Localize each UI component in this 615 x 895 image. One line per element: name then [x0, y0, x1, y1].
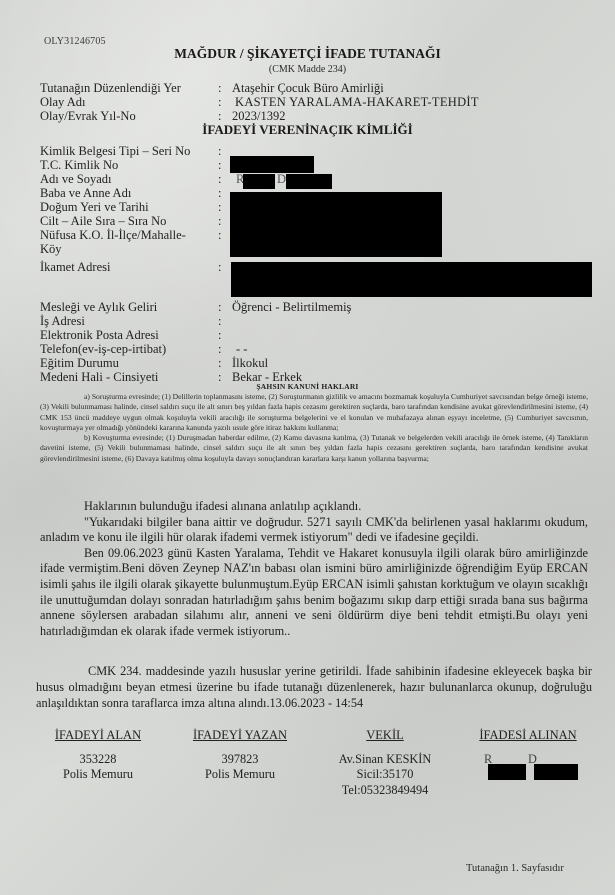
signature-line: Polis Memuru	[170, 767, 310, 783]
redaction-last-name	[286, 174, 332, 189]
signature-title: VEKİL	[315, 728, 455, 744]
closing-text: CMK 234. maddesinde yazılı hususlar yeri…	[36, 664, 592, 711]
field-value: Ataşehir Çocuk Büro Amirliği	[232, 81, 384, 95]
field-label: Doğum Yeri ve Tarihi	[40, 200, 149, 214]
field-label: Elektronik Posta Adresi	[40, 328, 159, 342]
field-value: - -	[236, 342, 247, 356]
field-value: Öğrenci - Belirtilmemiş	[232, 300, 351, 314]
document-title: MAĞDUR / ŞİKAYETÇİ İFADE TUTANAĞI	[0, 46, 615, 62]
name-initial-last: D	[277, 172, 286, 186]
signature-line: 397823	[170, 752, 310, 768]
field-label: Tutanağın Düzenlendiği Yer	[40, 81, 181, 95]
field-label: Mesleği ve Aylık Geliri	[40, 300, 157, 314]
field-colon: :	[218, 214, 221, 228]
field-colon: :	[218, 81, 221, 95]
field-colon: :	[218, 328, 221, 342]
document-subtitle: (CMK Madde 234)	[0, 64, 615, 75]
field-label: Nüfusa K.O. İl-İlçe/Mahalle-	[40, 228, 186, 242]
field-colon: :	[218, 342, 221, 356]
declaration: "Yukarıdaki bilgiler bana aittir ve doğr…	[40, 515, 588, 546]
field-label: Baba ve Anne Adı	[40, 186, 131, 200]
field-label: Telefon(ev-iş-cep-irtibat)	[40, 342, 166, 356]
signature-vekil: VEKİL Av.Sinan KESKİN Sicil:35170 Tel:05…	[315, 728, 455, 798]
redaction-address	[231, 262, 592, 297]
field-value: KASTEN YARALAMA-HAKARET-TEHDİT	[235, 95, 479, 109]
rights-text: a) Soruşturma evresinde; (1) Delillerin …	[40, 392, 588, 464]
field-colon: :	[218, 158, 221, 172]
field-label: Olay Adı	[40, 95, 85, 109]
field-label: Eğitim Durumu	[40, 356, 119, 370]
field-colon: :	[218, 186, 221, 200]
redaction-sig-first-name	[488, 764, 526, 780]
field-label: İş Adresi	[40, 314, 85, 328]
closing-block: CMK 234. maddesinde yazılı hususlar yeri…	[36, 664, 592, 711]
signature-ifadeyi-alan: İFADEYİ ALAN 353228 Polis Memuru	[28, 728, 168, 783]
signature-line: Polis Memuru	[28, 767, 168, 783]
rights-heading: ŞAHSIN KANUNİ HAKLARI	[0, 382, 615, 391]
rights-prosecution: b) Kovuşturma evresinde; (1) Duruşmadan …	[40, 433, 588, 464]
field-label: Köy	[40, 242, 62, 256]
field-value: 2023/1392	[232, 109, 285, 123]
field-label: İkamet Adresi	[40, 260, 110, 274]
statement: Ben 09.06.2023 günü Kasten Yaralama, Teh…	[40, 546, 588, 640]
signature-title: İFADESİ ALINAN	[458, 728, 598, 744]
field-label: Cilt – Aile Sıra – Sıra No	[40, 214, 166, 228]
redaction-sig-last-name	[534, 764, 578, 780]
redaction-tc-kimlik	[230, 156, 314, 173]
field-colon: :	[218, 228, 221, 242]
field-colon: :	[218, 300, 221, 314]
redaction-personal-details	[230, 192, 442, 257]
field-label: Adı ve Soyadı	[40, 172, 112, 186]
signature-line: 353228	[28, 752, 168, 768]
field-colon: :	[218, 95, 221, 109]
field-label: T.C. Kimlik No	[40, 158, 118, 172]
field-colon: :	[218, 109, 221, 123]
field-label: Kimlik Belgesi Tipi – Seri No	[40, 144, 190, 158]
signature-line: Av.Sinan KESKİN	[315, 752, 455, 768]
signature-ifadeyi-yazan: İFADEYİ YAZAN 397823 Polis Memuru	[170, 728, 310, 783]
field-colon: :	[218, 172, 221, 186]
rights-investigation: a) Soruşturma evresinde; (1) Delillerin …	[40, 392, 588, 433]
field-value: İlkokul	[232, 356, 268, 370]
signature-line: Sicil:35170	[315, 767, 455, 783]
redaction-first-name	[243, 174, 275, 189]
field-colon: :	[218, 200, 221, 214]
signature-title: İFADEYİ ALAN	[28, 728, 168, 744]
signature-ifadesi-alinan: İFADESİ ALINAN R D	[458, 728, 598, 768]
field-colon: :	[218, 314, 221, 328]
field-colon: :	[218, 260, 221, 274]
field-colon: :	[218, 144, 221, 158]
page-footer: Tutanağın 1. Sayfasıdır	[466, 863, 564, 874]
field-colon: :	[218, 356, 221, 370]
field-label: Olay/Evrak Yıl-No	[40, 109, 136, 123]
signature-line: Tel:05323849494	[315, 783, 455, 799]
signature-title: İFADEYİ YAZAN	[170, 728, 310, 744]
rights-explained: Haklarının bulunduğu ifadesi alınana anl…	[40, 499, 588, 515]
identity-heading: İFADEYİ VERENİNAÇIK KİMLİĞİ	[0, 122, 615, 138]
statement-body: Haklarının bulunduğu ifadesi alınana anl…	[40, 499, 588, 639]
